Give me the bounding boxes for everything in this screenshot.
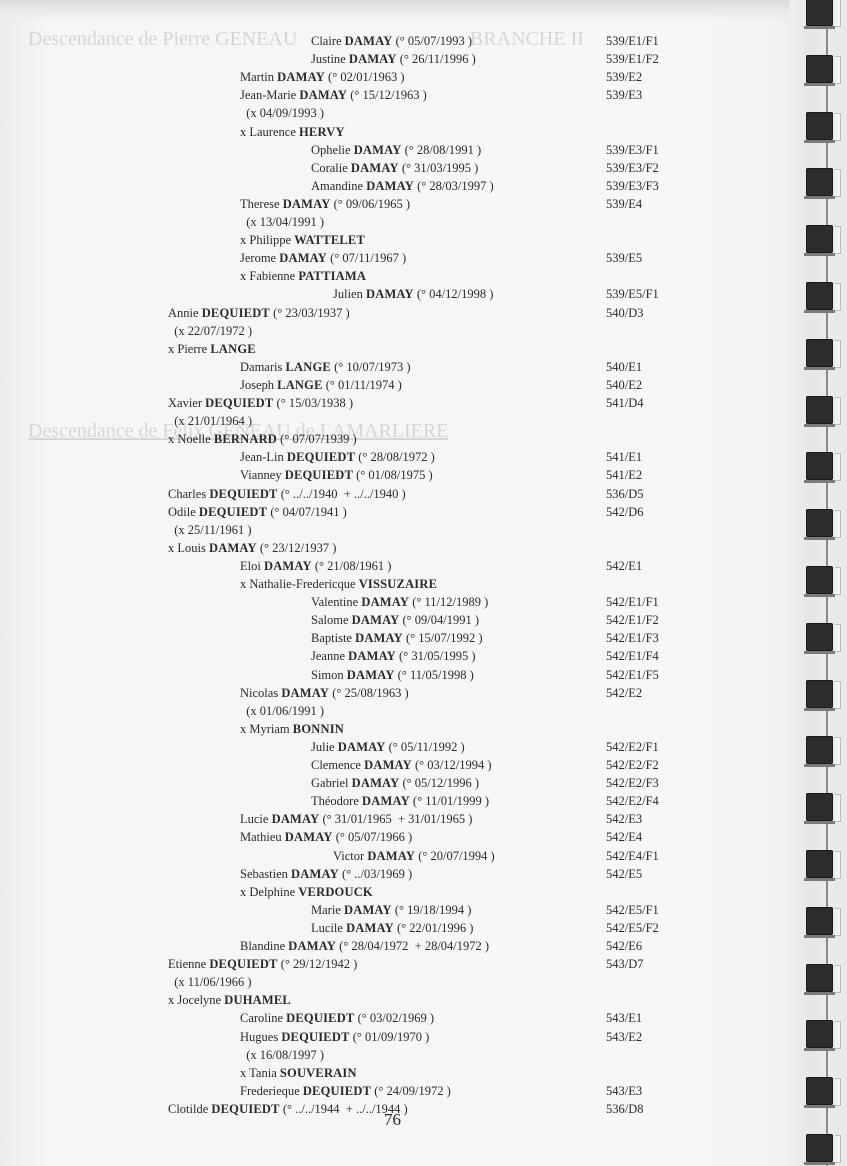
genealogy-entry: x Nathalie-Fredericque VISSUZAIRE (240, 575, 437, 593)
given-name: Myriam (249, 722, 289, 736)
surname: DEQUIEDT (303, 1084, 371, 1098)
marriage-prefix: x (240, 577, 249, 591)
genealogy-entry: x Tania SOUVERAIN (240, 1064, 357, 1082)
genealogy-entry: Sebastien DAMAY (° ../03/1969 ) (240, 865, 412, 883)
reference-code: 542/E2/F1 (606, 738, 659, 756)
surname: LANGE (210, 342, 255, 356)
genealogy-entry: (x 13/04/1991 ) (240, 213, 324, 231)
reference-code: 539/E3/F3 (606, 177, 659, 195)
life-dates: (° 04/07/1941 ) (270, 505, 347, 519)
genealogy-entry: Justine DAMAY (° 26/11/1996 ) (311, 50, 476, 68)
genealogy-entry: Jerome DAMAY (° 07/11/1967 ) (240, 249, 406, 267)
surname: BERNARD (214, 432, 277, 446)
surname: DAMAY (277, 70, 325, 84)
given-name: Nathalie-Fredericque (249, 577, 355, 591)
given-name: Annie (168, 306, 199, 320)
given-name: (x 21/01/1964 ) (174, 414, 252, 428)
binding-ring (806, 964, 833, 992)
genealogy-entry: x Myriam BONNIN (240, 720, 344, 738)
given-name: Gabriel (311, 776, 348, 790)
life-dates: (° 07/07/1939 ) (280, 432, 357, 446)
surname: DAMAY (352, 613, 400, 627)
binding-ring (806, 793, 833, 821)
genealogy-entry: Annie DEQUIEDT (° 23/03/1937 ) (168, 304, 350, 322)
genealogy-entry: x Noelle BERNARD (° 07/07/1939 ) (168, 430, 357, 448)
life-dates: (° 07/11/1967 ) (330, 251, 406, 265)
given-name: (x 13/04/1991 ) (246, 215, 324, 229)
marriage-prefix: x (168, 432, 177, 446)
life-dates: (° 29/12/1942 ) (281, 957, 358, 971)
genealogy-entry: (x 11/06/1966 ) (168, 973, 252, 991)
binding-ring (806, 282, 833, 310)
binding-ring (806, 680, 833, 708)
reference-code: 541/E1 (606, 448, 642, 466)
life-dates: (° 01/11/1974 ) (326, 378, 402, 392)
binding-ring (806, 452, 833, 480)
surname: DEQUIEDT (199, 505, 267, 519)
life-dates: (° ../03/1969 ) (342, 867, 412, 881)
genealogy-entry: (x 04/09/1993 ) (240, 104, 324, 122)
life-dates: (° 05/07/1966 ) (336, 830, 413, 844)
given-name: Louis (177, 541, 205, 555)
binding-ring (806, 1077, 833, 1105)
given-name: Victor (333, 849, 364, 863)
reference-code: 543/D7 (606, 955, 644, 973)
marriage-prefix: x (168, 541, 177, 555)
reference-code: 542/E1/F3 (606, 629, 659, 647)
genealogy-entry: Théodore DAMAY (° 11/01/1999 ) (311, 792, 489, 810)
life-dates: (° 11/12/1989 ) (412, 595, 488, 609)
genealogy-entry: Charles DEQUIEDT (° ../../1940 + ../../1… (168, 485, 406, 503)
surname: DAMAY (288, 939, 336, 953)
surname: DAMAY (281, 686, 329, 700)
document-page: Descendance de Pierre GENEAU BRANCHE II … (0, 0, 847, 1166)
genealogy-entry: Gabriel DAMAY (° 05/12/1996 ) (311, 774, 479, 792)
given-name: Frederieque (240, 1084, 300, 1098)
marriage-prefix: x (240, 125, 249, 139)
surname: DAMAY (354, 143, 402, 157)
surname: SOUVERAIN (280, 1066, 357, 1080)
given-name: Théodore (311, 794, 359, 808)
life-dates: (° 01/09/1970 ) (353, 1030, 430, 1044)
reference-code: 542/E6 (606, 937, 642, 955)
given-name: Salome (311, 613, 349, 627)
surname: DAMAY (349, 52, 397, 66)
life-dates: (° 15/03/1938 ) (277, 396, 354, 410)
genealogy-entry: x Pierre LANGE (168, 340, 256, 358)
surname: DAMAY (264, 559, 312, 573)
given-name: Clotilde (168, 1102, 208, 1116)
reference-code: 542/E2/F3 (606, 774, 659, 792)
surname: DEQUIEDT (281, 1030, 349, 1044)
surname: DAMAY (352, 776, 400, 790)
genealogy-entry: Mathieu DAMAY (° 05/07/1966 ) (240, 828, 412, 846)
given-name: Noelle (177, 432, 210, 446)
life-dates: (° 31/01/1965 + 31/01/1965 ) (322, 812, 472, 826)
surname: DEQUIEDT (285, 468, 353, 482)
given-name: (x 01/06/1991 ) (246, 704, 324, 718)
genealogy-entry: Marie DAMAY (° 19/18/1994 ) (311, 901, 471, 919)
life-dates: (° 03/02/1969 ) (358, 1011, 435, 1025)
life-dates: (° 01/08/1975 ) (356, 468, 433, 482)
given-name: Blandine (240, 939, 285, 953)
life-dates: (° 03/12/1994 ) (415, 758, 492, 772)
reference-code: 541/E2 (606, 466, 642, 484)
genealogy-entry: Ophelie DAMAY (° 28/08/1991 ) (311, 141, 481, 159)
genealogy-entry: Salome DAMAY (° 09/04/1991 ) (311, 611, 479, 629)
given-name: Hugues (240, 1030, 278, 1044)
surname: DAMAY (367, 849, 415, 863)
given-name: Amandine (311, 179, 363, 193)
genealogy-entry: x Delphine VERDOUCK (240, 883, 373, 901)
given-name: Lucie (240, 812, 268, 826)
reference-code: 542/E1/F1 (606, 593, 659, 611)
given-name: Therese (240, 197, 280, 211)
surname: DAMAY (291, 867, 339, 881)
given-name: Simon (311, 668, 344, 682)
given-name: (x 22/07/1972 ) (174, 324, 252, 338)
binding-ring (806, 0, 833, 26)
given-name: Caroline (240, 1011, 283, 1025)
given-name: Martin (240, 70, 274, 84)
surname: DEQUIEDT (286, 1011, 354, 1025)
genealogy-entry: Joseph LANGE (° 01/11/1974 ) (240, 376, 402, 394)
surname: DAMAY (299, 88, 347, 102)
given-name: Xavier (168, 396, 202, 410)
reference-code: 543/E3 (606, 1082, 642, 1100)
life-dates: (° 20/07/1994 ) (418, 849, 495, 863)
genealogy-entry: Caroline DEQUIEDT (° 03/02/1969 ) (240, 1009, 434, 1027)
given-name: Jean-Marie (240, 88, 296, 102)
surname: VERDOUCK (298, 885, 373, 899)
surname: DAMAY (351, 161, 399, 175)
marriage-prefix: x (168, 993, 177, 1007)
given-name: Tania (249, 1066, 277, 1080)
life-dates: (° 05/12/1996 ) (403, 776, 480, 790)
life-dates: (° 09/04/1991 ) (403, 613, 480, 627)
reference-code: 539/E5 (606, 249, 642, 267)
life-dates: (° 22/01/1996 ) (397, 921, 474, 935)
reference-code: 542/E1/F5 (606, 666, 659, 684)
given-name: Jean-Lin (240, 450, 284, 464)
genealogy-entry: Nicolas DAMAY (° 25/08/1963 ) (240, 684, 409, 702)
surname: VISSUZAIRE (359, 577, 437, 591)
surname: HERVY (299, 125, 345, 139)
marriage-prefix: x (240, 722, 249, 736)
surname: BONNIN (293, 722, 344, 736)
surname: DAMAY (355, 631, 403, 645)
reference-code: 542/E3 (606, 810, 642, 828)
reference-code: 542/E2/F2 (606, 756, 659, 774)
life-dates: (° 26/11/1996 ) (400, 52, 476, 66)
genealogy-entry: Valentine DAMAY (° 11/12/1989 ) (311, 593, 488, 611)
genealogy-entry: Coralie DAMAY (° 31/03/1995 ) (311, 159, 478, 177)
reference-code: 542/E5/F1 (606, 901, 659, 919)
given-name: Philippe (249, 233, 291, 247)
genealogy-entry: Lucile DAMAY (° 22/01/1996 ) (311, 919, 473, 937)
genealogy-entry: Jean-Marie DAMAY (° 15/12/1963 ) (240, 86, 427, 104)
life-dates: (° 10/07/1973 ) (334, 360, 411, 374)
genealogy-entry: Etienne DEQUIEDT (° 29/12/1942 ) (168, 955, 357, 973)
life-dates: (° 25/08/1963 ) (332, 686, 409, 700)
binding-ring (806, 396, 833, 424)
given-name: Jerome (240, 251, 276, 265)
genealogy-entry: x Louis DAMAY (° 23/12/1937 ) (168, 539, 336, 557)
reference-code: 543/E2 (606, 1028, 642, 1046)
given-name: Jeanne (311, 649, 345, 663)
surname: DEQUIEDT (209, 487, 277, 501)
reference-code: 539/E3/F2 (606, 159, 659, 177)
genealogy-entry: Victor DAMAY (° 20/07/1994 ) (333, 847, 495, 865)
given-name: Jocelyne (177, 993, 221, 1007)
surname: DAMAY (344, 903, 392, 917)
surname: WATTELET (294, 233, 365, 247)
genealogy-entry: Frederieque DEQUIEDT (° 24/09/1972 ) (240, 1082, 451, 1100)
binding-ring (806, 225, 833, 253)
genealogy-entry: (x 25/11/1961 ) (168, 521, 252, 539)
reference-code: 542/E1/F2 (606, 611, 659, 629)
given-name: Nicolas (240, 686, 278, 700)
bleed-through-heading: BRANCHE II (470, 28, 584, 51)
given-name: Charles (168, 487, 206, 501)
given-name: Odile (168, 505, 196, 519)
marriage-prefix: x (240, 233, 249, 247)
surname: DAMAY (361, 595, 409, 609)
reference-code: 542/E2/F4 (606, 792, 659, 810)
given-name: Joseph (240, 378, 274, 392)
genealogy-entry: Martin DAMAY (° 02/01/1963 ) (240, 68, 405, 86)
binding-ring (806, 1020, 833, 1048)
binding-ring (806, 55, 833, 83)
given-name: Sebastien (240, 867, 288, 881)
genealogy-entry: x Philippe WATTELET (240, 231, 365, 249)
reference-code: 536/D5 (606, 485, 644, 503)
life-dates: (° 09/06/1965 ) (334, 197, 411, 211)
given-name: Ophelie (311, 143, 351, 157)
reference-code: 542/E5 (606, 865, 642, 883)
genealogy-entry: Clotilde DEQUIEDT (° ../../1944 + ../../… (168, 1100, 408, 1118)
life-dates: (° 24/09/1972 ) (374, 1084, 451, 1098)
given-name: Laurence (249, 125, 296, 139)
genealogy-entry: Hugues DEQUIEDT (° 01/09/1970 ) (240, 1028, 429, 1046)
genealogy-entry: x Fabienne PATTIAMA (240, 267, 366, 285)
binding-ring (806, 907, 833, 935)
reference-code: 541/D4 (606, 394, 644, 412)
life-dates: (° 05/07/1993 ) (396, 34, 473, 48)
surname: DAMAY (345, 34, 393, 48)
life-dates: (° 02/01/1963 ) (328, 70, 405, 84)
marriage-prefix: x (240, 1066, 249, 1080)
reference-code: 542/E1/F4 (606, 647, 659, 665)
binding-ring (806, 736, 833, 764)
reference-code: 542/E4/F1 (606, 847, 659, 865)
genealogy-entry: Damaris LANGE (° 10/07/1973 ) (240, 358, 411, 376)
binding-ring (806, 168, 833, 196)
surname: DAMAY (338, 740, 386, 754)
genealogy-entry: (x 01/06/1991 ) (240, 702, 324, 720)
binding-ring (806, 623, 833, 651)
reference-code: 536/D8 (606, 1100, 644, 1118)
given-name: Julie (311, 740, 335, 754)
genealogy-entry: Jean-Lin DEQUIEDT (° 28/08/1972 ) (240, 448, 435, 466)
given-name: Etienne (168, 957, 206, 971)
binding-ring (806, 850, 833, 878)
genealogy-entry: Amandine DAMAY (° 28/03/1997 ) (311, 177, 494, 195)
surname: DUHAMEL (224, 993, 291, 1007)
life-dates: (° 04/12/1998 ) (417, 287, 494, 301)
surname: DAMAY (366, 287, 414, 301)
life-dates: (° 15/07/1992 ) (406, 631, 483, 645)
genealogy-entry: Jeanne DAMAY (° 31/05/1995 ) (311, 647, 476, 665)
genealogy-entry: Julien DAMAY (° 04/12/1998 ) (333, 285, 493, 303)
life-dates: (° 11/05/1998 ) (398, 668, 474, 682)
surname: DAMAY (279, 251, 327, 265)
reference-code: 542/D6 (606, 503, 644, 521)
given-name: (x 04/09/1993 ) (246, 106, 324, 120)
genealogy-entry: x Jocelyne DUHAMEL (168, 991, 291, 1009)
surname: DEQUIEDT (209, 957, 277, 971)
given-name: Clemence (311, 758, 361, 772)
reference-code: 542/E2 (606, 684, 642, 702)
genealogy-entry: Therese DAMAY (° 09/06/1965 ) (240, 195, 410, 213)
genealogy-entry: (x 16/08/1997 ) (240, 1046, 324, 1064)
reference-code: 539/E3/F1 (606, 141, 659, 159)
given-name: Claire (311, 34, 342, 48)
given-name: (x 16/08/1997 ) (246, 1048, 324, 1062)
given-name: Vianney (240, 468, 282, 482)
surname: DAMAY (366, 179, 414, 193)
life-dates: (° 23/12/1937 ) (260, 541, 337, 555)
life-dates: (° 05/11/1992 ) (389, 740, 465, 754)
given-name: Lucile (311, 921, 343, 935)
reference-code: 543/E1 (606, 1009, 642, 1027)
life-dates: (° 15/12/1963 ) (350, 88, 427, 102)
given-name: Fabienne (249, 269, 295, 283)
reference-code: 542/E4 (606, 828, 642, 846)
given-name: Coralie (311, 161, 348, 175)
genealogy-entry: Blandine DAMAY (° 28/04/1972 + 28/04/197… (240, 937, 489, 955)
reference-code: 540/D3 (606, 304, 644, 322)
scan-shadow (0, 0, 790, 22)
binding-ring (806, 566, 833, 594)
genealogy-entry: (x 21/01/1964 ) (168, 412, 252, 430)
bleed-through-heading: Descendance de Pierre GENEAU (28, 28, 297, 51)
surname: DEQUIEDT (205, 396, 273, 410)
binding-ring (806, 339, 833, 367)
genealogy-entry: Baptiste DAMAY (° 15/07/1992 ) (311, 629, 483, 647)
genealogy-entry: Simon DAMAY (° 11/05/1998 ) (311, 666, 474, 684)
given-name: (x 25/11/1961 ) (174, 523, 251, 537)
genealogy-entry: Lucie DAMAY (° 31/01/1965 + 31/01/1965 ) (240, 810, 472, 828)
surname: LANGE (277, 378, 322, 392)
surname: DAMAY (209, 541, 257, 555)
genealogy-entry: Vianney DEQUIEDT (° 01/08/1975 ) (240, 466, 433, 484)
genealogy-entry: (x 22/07/1972 ) (168, 322, 252, 340)
given-name: Valentine (311, 595, 358, 609)
genealogy-entry: Julie DAMAY (° 05/11/1992 ) (311, 738, 465, 756)
binding-ring (806, 509, 833, 537)
binding-ring (806, 112, 833, 140)
reference-code: 540/E1 (606, 358, 642, 376)
surname: PATTIAMA (298, 269, 366, 283)
surname: DAMAY (348, 649, 396, 663)
given-name: Mathieu (240, 830, 282, 844)
given-name: Baptiste (311, 631, 352, 645)
surname: DAMAY (364, 758, 412, 772)
given-name: (x 11/06/1966 ) (174, 975, 251, 989)
surname: DAMAY (347, 668, 395, 682)
surname: DAMAY (285, 830, 333, 844)
surname: DAMAY (272, 812, 320, 826)
given-name: Julien (333, 287, 363, 301)
page-number: 76 (384, 1110, 401, 1130)
given-name: Eloi (240, 559, 261, 573)
life-dates: (° 28/08/1991 ) (405, 143, 482, 157)
given-name: Pierre (177, 342, 207, 356)
genealogy-entry: x Laurence HERVY (240, 123, 345, 141)
life-dates: (° 31/03/1995 ) (402, 161, 479, 175)
surname: DAMAY (346, 921, 394, 935)
life-dates: (° 11/01/1999 ) (413, 794, 489, 808)
reference-code: 539/E5/F1 (606, 285, 659, 303)
reference-code: 539/E3 (606, 86, 642, 104)
life-dates: (° 28/08/1972 ) (358, 450, 435, 464)
marriage-prefix: x (240, 885, 249, 899)
reference-code: 540/E2 (606, 376, 642, 394)
surname: DEQUIEDT (202, 306, 270, 320)
given-name: Justine (311, 52, 346, 66)
surname: DEQUIEDT (287, 450, 355, 464)
surname: LANGE (285, 360, 330, 374)
surname: DAMAY (362, 794, 410, 808)
given-name: Delphine (249, 885, 295, 899)
reference-code: 542/E5/F2 (606, 919, 659, 937)
surname: DEQUIEDT (211, 1102, 279, 1116)
life-dates: (° 21/08/1961 ) (315, 559, 392, 573)
reference-code: 539/E1/F2 (606, 50, 659, 68)
reference-code: 539/E4 (606, 195, 642, 213)
binding-ring (806, 1134, 833, 1162)
reference-code: 539/E2 (606, 68, 642, 86)
genealogy-entry: Clemence DAMAY (° 03/12/1994 ) (311, 756, 492, 774)
life-dates: (° 28/03/1997 ) (417, 179, 494, 193)
life-dates: (° 28/04/1972 + 28/04/1972 ) (339, 939, 489, 953)
life-dates: (° 19/18/1994 ) (395, 903, 472, 917)
marriage-prefix: x (240, 269, 249, 283)
reference-code: 542/E1 (606, 557, 642, 575)
marriage-prefix: x (168, 342, 177, 356)
given-name: Damaris (240, 360, 282, 374)
genealogy-entry: Claire DAMAY (° 05/07/1993 ) (311, 32, 472, 50)
life-dates: (° ../../1940 + ../../1940 ) (281, 487, 406, 501)
genealogy-entry: Odile DEQUIEDT (° 04/07/1941 ) (168, 503, 347, 521)
genealogy-entry: Xavier DEQUIEDT (° 15/03/1938 ) (168, 394, 353, 412)
surname: DAMAY (283, 197, 331, 211)
life-dates: (° 23/03/1937 ) (273, 306, 350, 320)
given-name: Marie (311, 903, 341, 917)
genealogy-entry: Eloi DAMAY (° 21/08/1961 ) (240, 557, 391, 575)
life-dates: (° 31/05/1995 ) (399, 649, 476, 663)
reference-code: 539/E1/F1 (606, 32, 659, 50)
